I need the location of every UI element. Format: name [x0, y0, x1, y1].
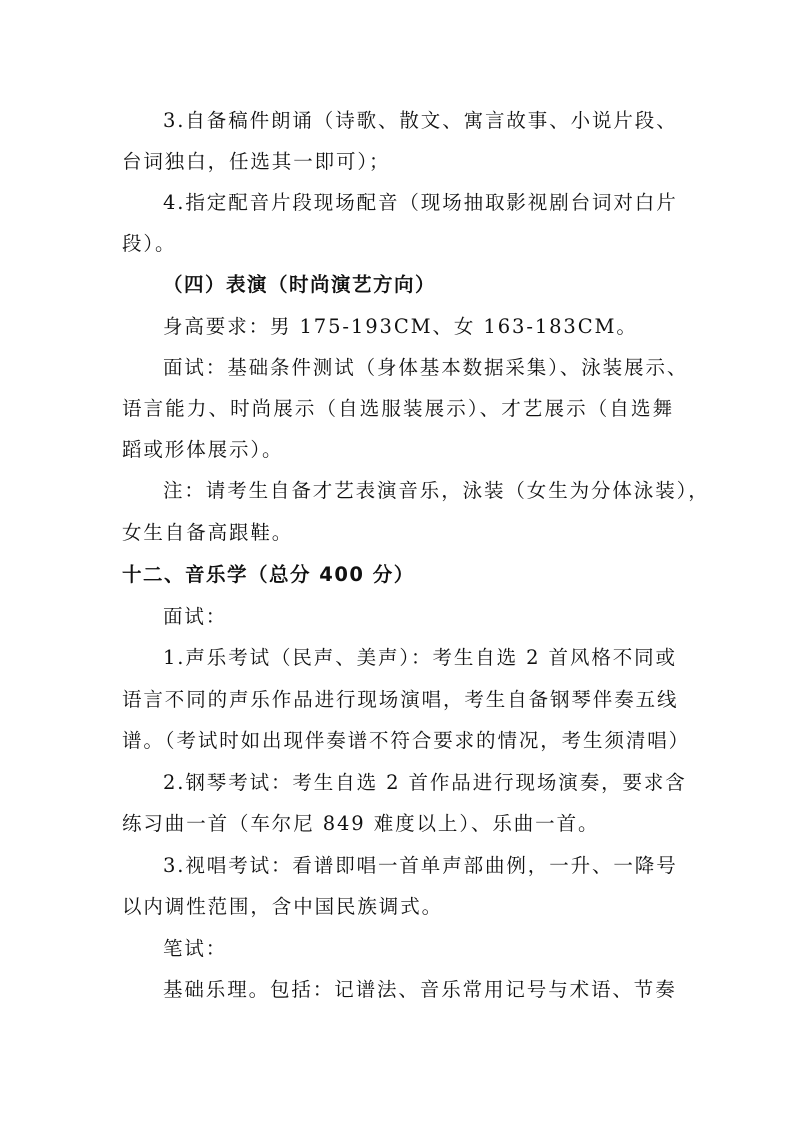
sight-singing-line-2: 以内调性范围，含中国民族调式。 [122, 895, 674, 919]
sight-singing-line-1: 3.视唱考试：看谱即唱一首单声部曲例，一升、一降号 [163, 854, 674, 878]
interview-line-2: 语言能力、时尚展示（自选服装展示）、才艺展示（自选舞 [122, 397, 674, 421]
interview-label: 面试： [163, 605, 674, 629]
section-subheading-performance: （四）表演（时尚演艺方向） [163, 273, 674, 297]
dubbing-item-line-1: 4.指定配音片段现场配音（现场抽取影视剧台词对白片 [163, 191, 674, 215]
note-line-2: 女生自备高跟鞋。 [122, 521, 674, 545]
vocal-exam-line-3: 谱。（考试时如出现伴奏谱不符合要求的情况，考生须清唱） [122, 729, 674, 753]
interview-line-1: 面试：基础条件测试（身体基本数据采集）、泳装展示、 [163, 356, 674, 380]
dubbing-item-line-2: 段）。 [122, 232, 674, 256]
vocal-exam-line-2: 语言不同的声乐作品进行现场演唱，考生自备钢琴伴奏五线 [122, 688, 674, 712]
piano-exam-line-2: 练习曲一首（车尔尼 849 难度以上）、乐曲一首。 [122, 812, 674, 836]
document-page: 3.自备稿件朗诵（诗歌、散文、寓言故事、小说片段、 台词独白，任选其一即可）； … [0, 0, 793, 1122]
written-exam-label: 笔试： [163, 937, 674, 961]
interview-line-3: 蹈或形体展示）。 [122, 438, 674, 462]
music-theory-line-1: 基础乐理。包括：记谱法、音乐常用记号与术语、节奏 [163, 978, 674, 1002]
recitation-item-line-1: 3.自备稿件朗诵（诗歌、散文、寓言故事、小说片段、 [163, 109, 674, 133]
vocal-exam-line-1: 1.声乐考试（民声、美声）：考生自选 2 首风格不同或 [163, 646, 674, 670]
recitation-item-line-2: 台词独白，任选其一即可）； [122, 150, 674, 174]
piano-exam-line-1: 2.钢琴考试：考生自选 2 首作品进行现场演奏，要求含 [163, 771, 674, 795]
section-heading-musicology: 十二、音乐学（总分 400 分） [122, 563, 674, 587]
height-requirement: 身高要求：男 175-193CM、女 163-183CM。 [163, 315, 674, 339]
note-line-1: 注：请考生自备才艺表演音乐，泳装（女生为分体泳装）， [163, 479, 674, 503]
